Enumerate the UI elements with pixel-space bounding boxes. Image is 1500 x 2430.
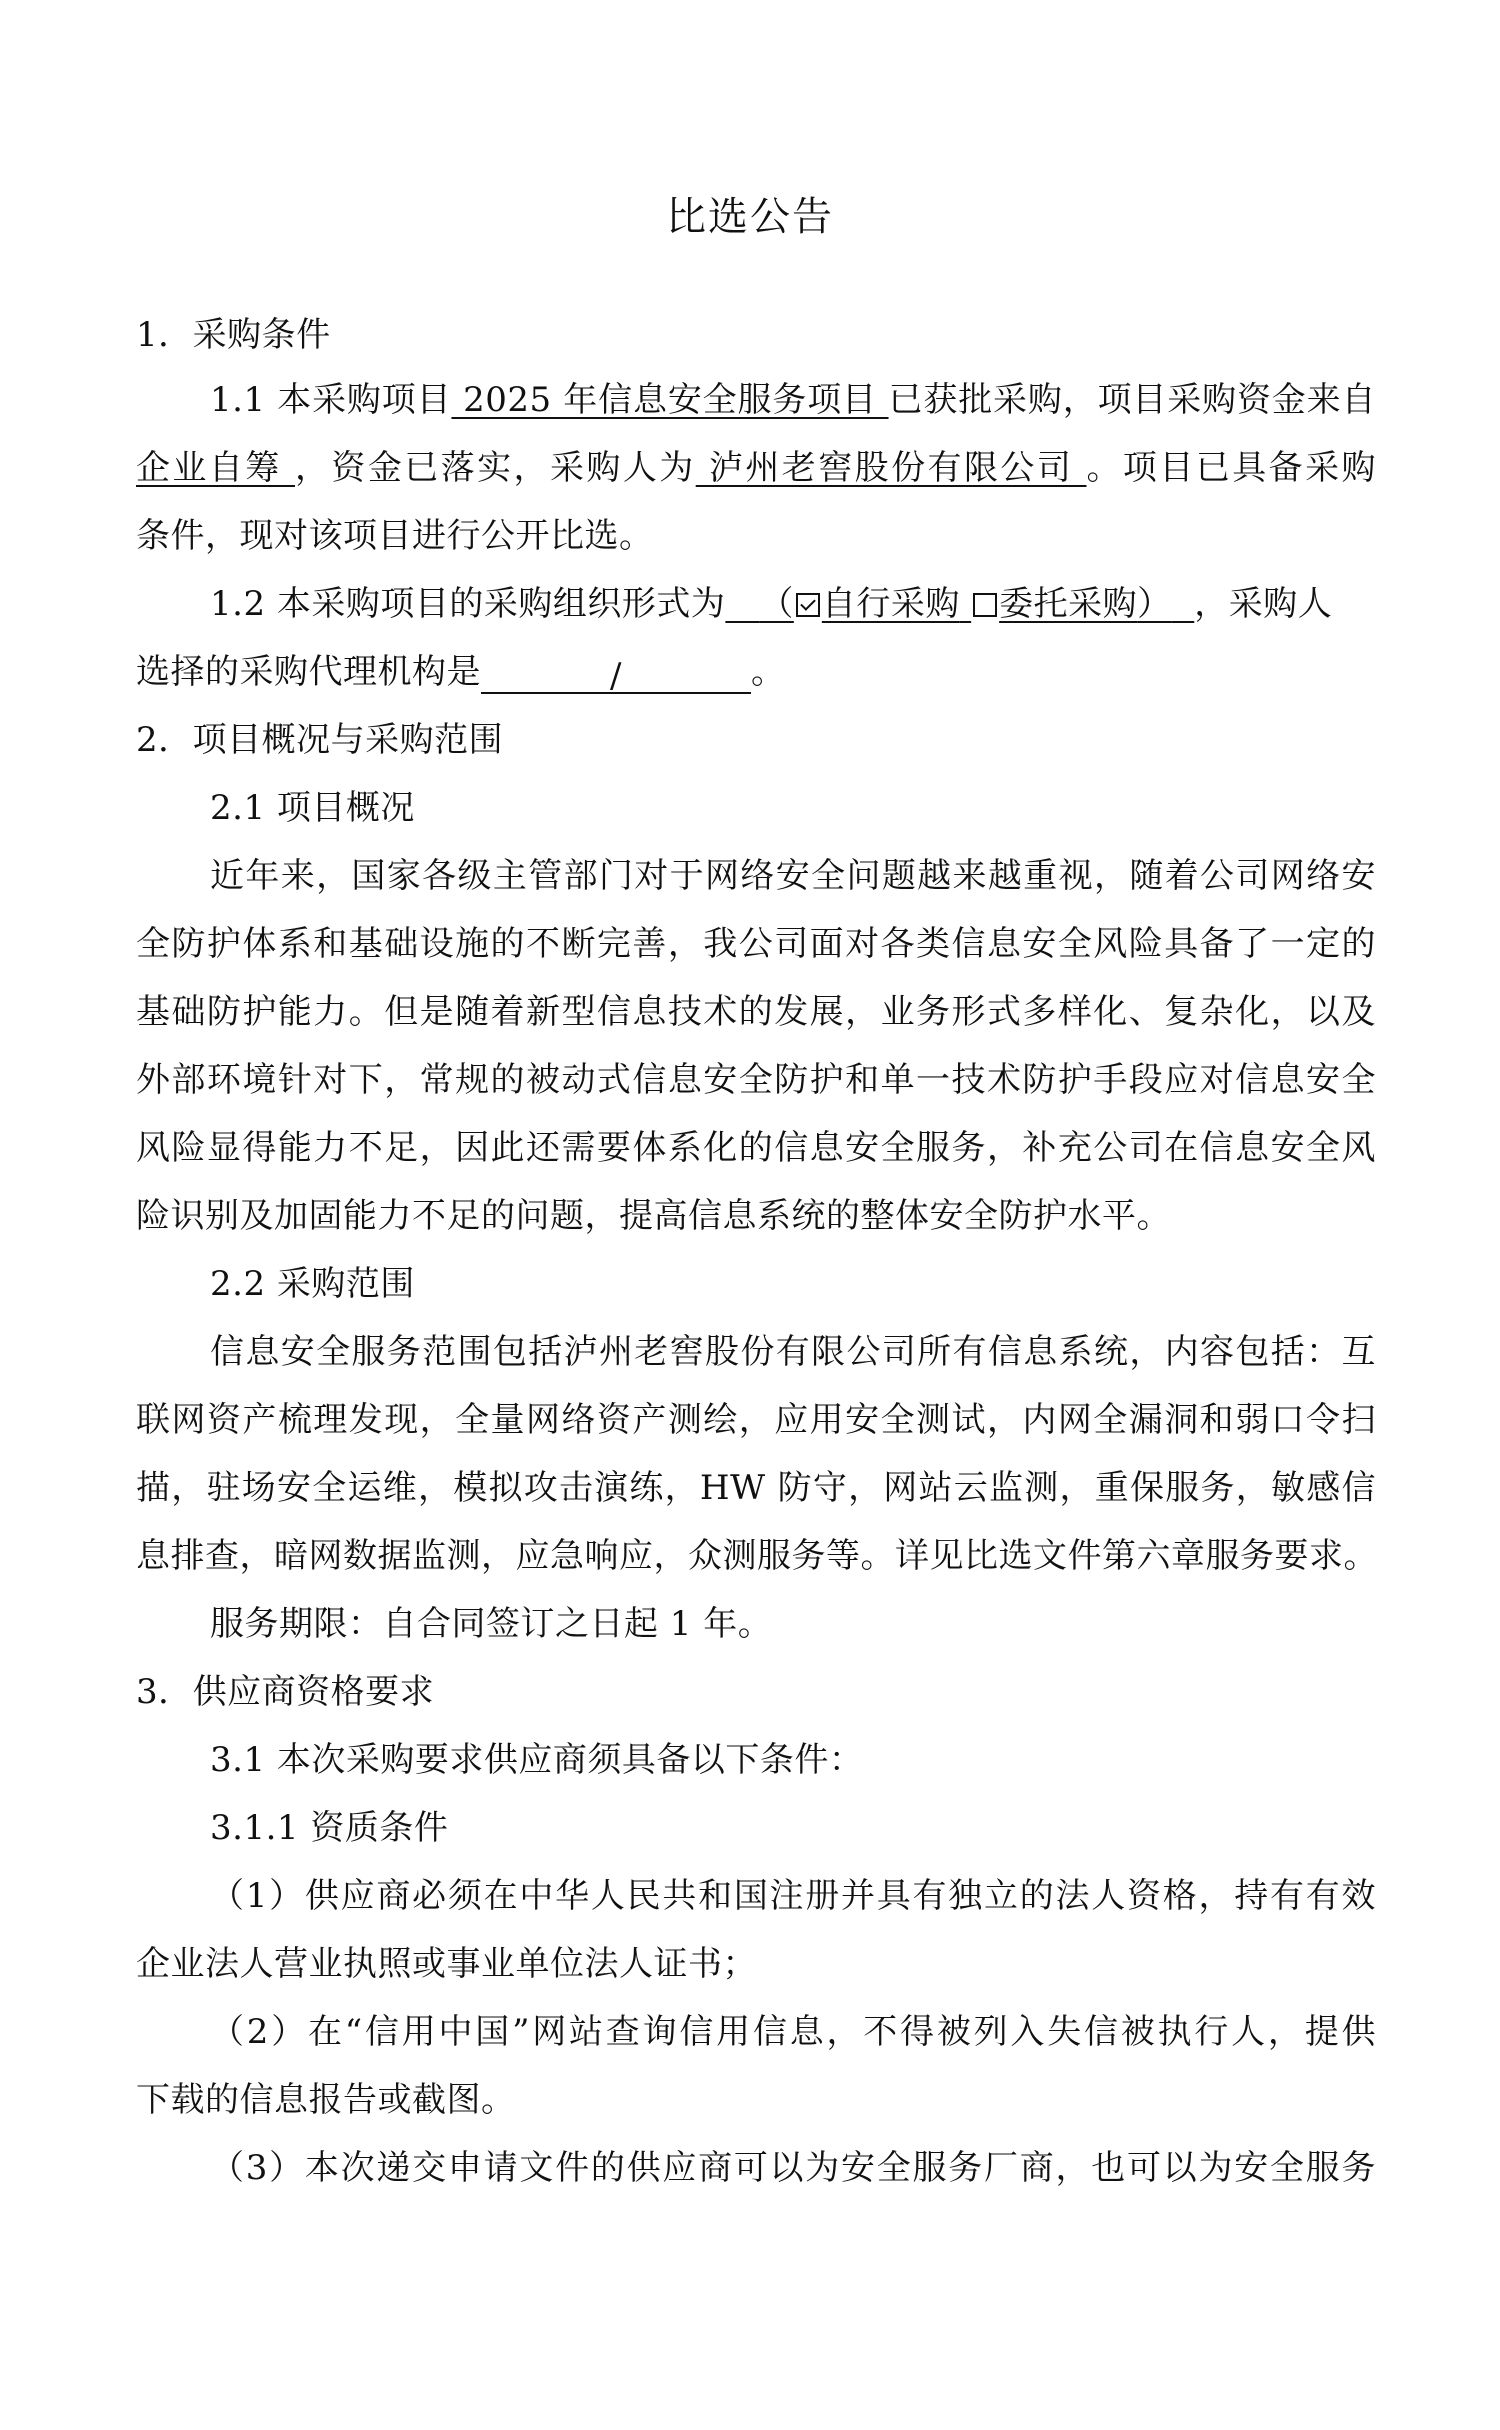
document-page: 比选公告 1．采购条件 1.1 本采购项目 2025 年信息安全服务项目 已获批… bbox=[0, 0, 1500, 2430]
p1-2-suffix: ，采购人 bbox=[1194, 584, 1332, 624]
scope-line-3: 描，驻场安全运维，模拟攻击演练，HW 防守，网站云监测，重保服务，敏感信 bbox=[136, 1466, 1376, 1510]
scope-line-1: 信息安全服务范围包括泸州老窖股份有限公司所有信息系统，内容包括：互 bbox=[210, 1330, 1376, 1374]
fund-source-field: 企业自筹 bbox=[136, 448, 295, 488]
p1-2-prefix: 1.2 本采购项目的采购组织形式为 bbox=[210, 584, 725, 624]
section-2-heading: 2．项目概况与采购范围 bbox=[136, 718, 1376, 762]
overview-line-1: 近年来，国家各级主管部门对于网络安全问题越来越重视，随着公司网络安 bbox=[210, 854, 1376, 898]
paragraph-1-1-line-2: 企业自筹 ，资金已落实，采购人为 泸州老窖股份有限公司 。项目已具备采购 bbox=[136, 446, 1376, 490]
overview-line-4: 外部环境针对下，常规的被动式信息安全防护和单一技术防护手段应对信息安全 bbox=[136, 1058, 1376, 1102]
checkbox-entrust-procurement-unchecked-icon bbox=[973, 593, 997, 617]
p1-1-mid2: ，资金已落实，采购人为 bbox=[295, 448, 696, 488]
section-1-heading: 1．采购条件 bbox=[136, 313, 1376, 357]
overview-line-3: 基础防护能力。但是随着新型信息技术的发展，业务形式多样化、复杂化，以及 bbox=[136, 990, 1376, 1034]
service-period: 服务期限：自合同签订之日起 1 年。 bbox=[210, 1602, 1376, 1646]
paragraph-1-2-line-2: 选择的采购代理机构是/。 bbox=[136, 650, 1376, 694]
subsection-2-1-heading: 2.1 项目概况 bbox=[210, 786, 1376, 830]
qualification-item-2-line-1: （2）在“信用中国”网站查询信用信息，不得被列入失信被执行人，提供 bbox=[210, 2010, 1376, 2054]
subsection-2-2-heading: 2.2 采购范围 bbox=[210, 1262, 1376, 1306]
qualification-item-1-line-2: 企业法人营业执照或事业单位法人证书； bbox=[136, 1942, 1376, 1986]
p1-2-line2-suffix: 。 bbox=[751, 652, 786, 692]
section-3-heading: 3．供应商资格要求 bbox=[136, 1670, 1376, 1714]
paragraph-1-1-line-1: 1.1 本采购项目 2025 年信息安全服务项目 已获批采购，项目采购资金来自 bbox=[210, 378, 1376, 422]
qualification-item-1-line-1: （1）供应商必须在中华人民共和国注册并具有独立的法人资格，持有有效 bbox=[210, 1874, 1376, 1918]
procurement-form-field: （自行采购 委托采购） bbox=[725, 584, 1194, 624]
document-title: 比选公告 bbox=[0, 185, 1500, 242]
open-paren: （ bbox=[759, 584, 794, 624]
overview-line-6: 险识别及加固能力不足的问题，提高信息系统的整体安全防护水平。 bbox=[136, 1194, 1376, 1238]
scope-line-2: 联网资产梳理发现，全量网络资产测绘，应用安全测试，内网全漏洞和弱口令扫 bbox=[136, 1398, 1376, 1442]
p1-1-mid3: 。项目已具备采购 bbox=[1086, 448, 1376, 488]
subsection-3-1-1-heading: 3.1.1 资质条件 bbox=[210, 1806, 1376, 1850]
subsection-3-1-heading: 3.1 本次采购要求供应商须具备以下条件： bbox=[210, 1738, 1376, 1782]
close-paren: ） bbox=[1137, 584, 1172, 624]
qualification-item-2-line-2: 下载的信息报告或截图。 bbox=[136, 2078, 1376, 2122]
option-entrust-procurement: 委托采购 bbox=[999, 584, 1137, 624]
p1-1-prefix: 1.1 本采购项目 bbox=[210, 380, 451, 420]
agency-field: / bbox=[481, 654, 751, 694]
option-self-procurement: 自行采购 bbox=[822, 584, 960, 624]
p1-1-mid1: 已获批采购，项目采购资金来自 bbox=[889, 380, 1376, 420]
qualification-item-3-line-1: （3）本次递交申请文件的供应商可以为安全服务厂商，也可以为安全服务 bbox=[210, 2146, 1376, 2190]
paragraph-1-1-line-3: 条件，现对该项目进行公开比选。 bbox=[136, 514, 1376, 558]
overview-line-5: 风险显得能力不足，因此还需要体系化的信息安全服务，补充公司在信息安全风 bbox=[136, 1126, 1376, 1170]
scope-line-4: 息排查，暗网数据监测，应急响应，众测服务等。详见比选文件第六章服务要求。 bbox=[136, 1534, 1376, 1578]
project-name-field: 2025 年信息安全服务项目 bbox=[451, 380, 888, 420]
purchaser-field: 泸州老窖股份有限公司 bbox=[696, 448, 1087, 488]
paragraph-1-2-line-1: 1.2 本采购项目的采购组织形式为 （自行采购 委托采购） ，采购人 bbox=[210, 582, 1376, 626]
overview-line-2: 全防护体系和基础设施的不断完善，我公司面对各类信息安全风险具备了一定的 bbox=[136, 922, 1376, 966]
checkbox-self-procurement-checked-icon bbox=[796, 593, 820, 617]
p1-2-line2-prefix: 选择的采购代理机构是 bbox=[136, 652, 481, 692]
